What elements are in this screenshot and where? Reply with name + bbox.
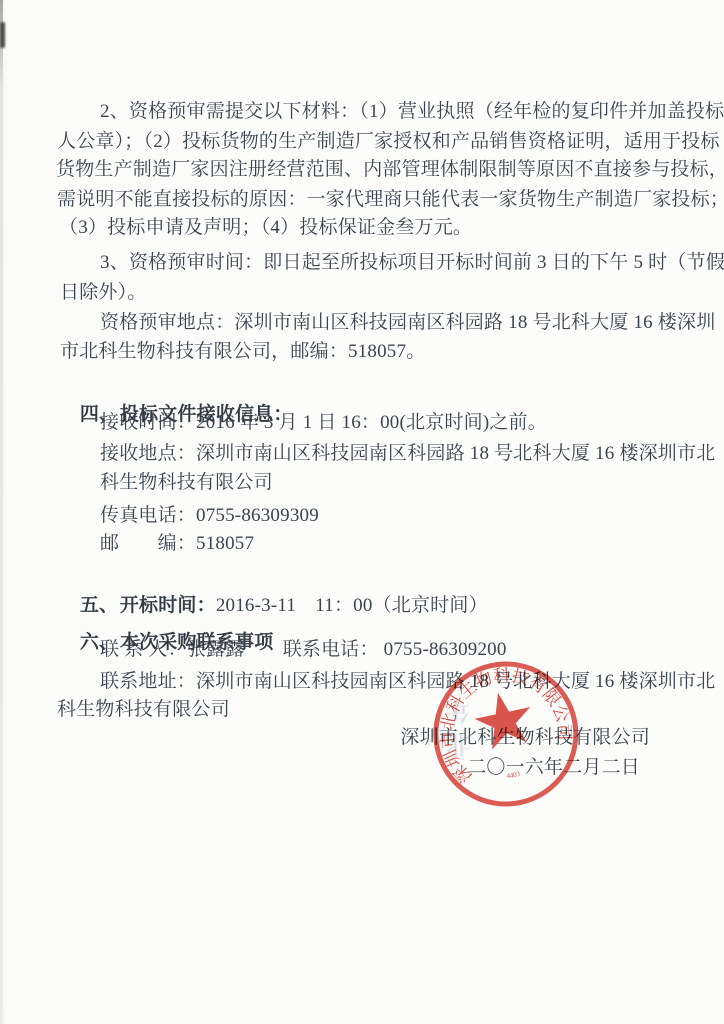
paragraph-line: 联系地址：深圳市南山区科技园南区科园路 18 号北科大厦 16 楼深圳市北 [100, 667, 715, 697]
scan-edge-smudge [0, 22, 5, 48]
paragraph-line: 人公章）；（2）投标货物的生产制造厂家授权和产品销售资格证明，适用于投标 [57, 127, 720, 157]
paragraph-line: 接收时间：2016 年 3 月 1 日 16：00(北京时间)之前。 [100, 408, 547, 438]
paragraph-line: 科生物科技有限公司 [100, 468, 273, 498]
star-icon [470, 687, 537, 752]
company-seal: 深圳市北科生物科技有限公司 4403 [411, 635, 601, 834]
postcode-line: 邮 编：518057 [100, 529, 254, 559]
paragraph-line: 3、资格预审时间：即日起至所投标项目开标时间前 3 日的下午 5 时（节假 [100, 248, 724, 278]
fax-line: 传真电话：0755-86309309 [100, 501, 319, 531]
scanned-document-page: 2、资格预审需提交以下材料：（1）营业执照（经年检的复印件并加盖投标 人公章）；… [0, 0, 724, 1024]
paragraph-line: 日除外）。 [60, 278, 147, 308]
paragraph-line: 货物生产制造厂家因注册经营范围、内部管理体制限制等原因不直接参与投标， [56, 155, 724, 185]
paragraph-line: 需说明不能直接投标的原因：一家代理商只能代表一家货物生产制造厂家投标； [57, 185, 724, 215]
seal-serial-number: 4403 [505, 769, 521, 781]
paragraph-line: 科生物科技有限公司 [57, 695, 230, 725]
paragraph-line: 接收地点：深圳市南山区科技园南区科园路 18 号北科大厦 16 楼深圳市北 [100, 439, 715, 469]
scan-edge-shadow [0, 0, 3, 1024]
paragraph-line: 资格预审地点：深圳市南山区科技园南区科园路 18 号北科大厦 16 楼深圳 [100, 308, 715, 338]
paragraph-line: 2、资格预审需提交以下材料：（1）营业执照（经年检的复印件并加盖投标 [100, 97, 724, 127]
paragraph-line: 市北科生物科技有限公司，邮编：518057。 [60, 337, 425, 367]
paragraph-line: （3）投标申请及声明；（4）投标保证金叁万元。 [59, 213, 472, 243]
